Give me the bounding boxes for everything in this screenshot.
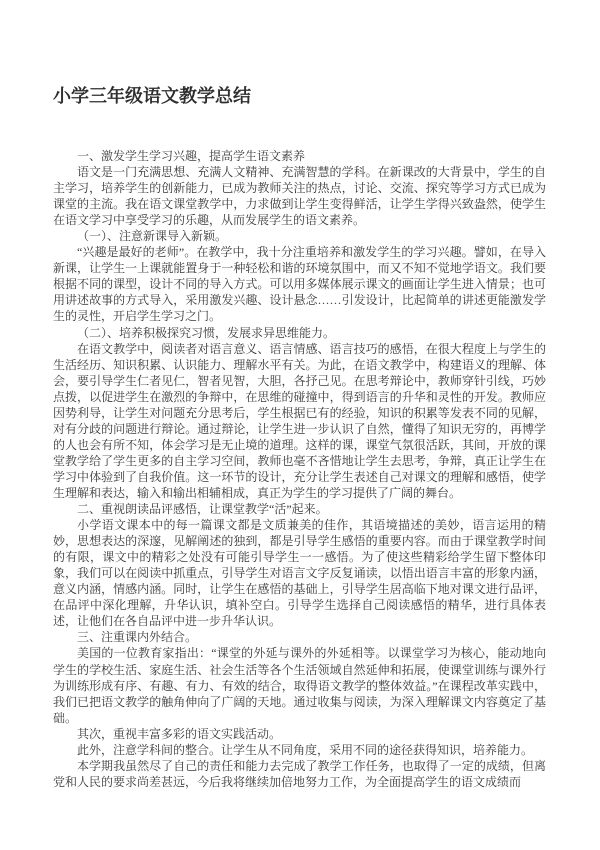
paragraph: 小学语文课本中的每一篇课文都是文质兼美的佳作，其语境描述的美妙，语言运用的精妙，… xyxy=(53,517,546,629)
paragraph: 本学期我虽然尽了自己的责任和能力去完成了教学工作任务，也取得了一定的成绩，但离党… xyxy=(53,758,546,790)
section-heading: 一、激发学生学习兴趣，提高学生语文素养 xyxy=(53,148,546,164)
document-page: 小学三年级语文教学总结 一、激发学生学习兴趣，提高学生语文素养语文是一门充满思想… xyxy=(0,0,600,850)
section-heading: （二）、培养积极探究习惯，发展求异思维能力。 xyxy=(53,325,546,341)
section-heading: 二、重视朗读品评感悟，让课堂教学“活”起来。 xyxy=(53,501,546,517)
paragraph: 语文是一门充满思想、充满人文精神、充满智慧的学科。在新课改的大背景中，学生的自主… xyxy=(53,164,546,228)
paragraph: 其次，重视丰富多彩的语文实践活动。 xyxy=(53,726,546,742)
paragraph: 在语文教学中，阅读者对语言意义、语言情感、语言技巧的感悟，在很大程度上与学生的生… xyxy=(53,341,546,501)
paragraph: 美国的一位教育家指出：“课堂的外延与课外的外延相等。以课堂学习为核心，能动地向学… xyxy=(53,645,546,725)
paragraph: 此外，注意学科间的整合。让学生从不同角度，采用不同的途径获得知识，培养能力。 xyxy=(53,742,546,758)
document-title: 小学三年级语文教学总结 xyxy=(53,84,546,108)
paragraph: “兴趣是最好的老师”。在教学中，我十分注重培养和激发学生的学习兴趣。譬如，在导入… xyxy=(53,244,546,324)
section-heading: 三、注重课内外结合。 xyxy=(53,629,546,645)
document-body: 一、激发学生学习兴趣，提高学生语文素养语文是一门充满思想、充满人文精神、充满智慧… xyxy=(53,148,546,790)
section-heading: （一）、注意新课导入新颖。 xyxy=(53,228,546,244)
